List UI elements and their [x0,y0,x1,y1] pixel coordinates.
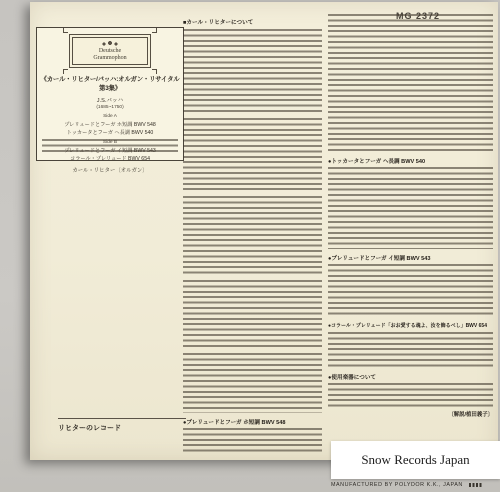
pressing-code-mark [469,483,483,487]
liner-notes-paragraph [328,14,493,154]
logo-brand-line2: Grammophon [93,55,126,62]
liner-notes-author-credit: 〔解説/植田義子〕 [328,410,493,418]
divider [58,418,186,419]
manufacturer-print-line: MANUFACTURED BY POLYDOR K.K., JAPAN [331,482,483,488]
corner-tick-icon [152,69,157,74]
column2-heading-3: ●コラール・プレリュード「おお愛する魂よ、汝を飾るべし」BWV 654 [328,322,487,329]
album-info-box: Deutsche Grammophon 《カール・リヒター/バッハ:オルガン・リ… [36,27,184,161]
deutsche-grammophon-logo: Deutsche Grammophon [69,34,151,68]
column2-heading-4: ●使用楽器について [328,373,376,381]
liner-notes-paragraph [183,118,322,192]
photo-backdrop: MG 2372 Deutsche Grammophon 《カール・リヒター/バッ… [0,0,500,492]
column1-heading: ■カール・リヒターについて [183,18,253,26]
liner-notes-paragraph [183,196,322,276]
shop-watermark-label: Snow Records Japan [361,452,469,468]
composer-name: J.S.バッハ [37,96,183,104]
album-title: 《カール・リヒター/バッハ:オルガン・リサイタル 第3集》 [37,74,183,92]
liner-notes-paragraph [328,332,493,369]
composer-dates: (1685~1750) [37,105,183,110]
dg-tulip-crest-icon [101,41,119,47]
corner-tick-icon [152,28,157,33]
recording-credits-text [42,139,178,155]
performer-credit: カール・リヒター〔オルガン〕 [37,166,183,174]
liner-notes-paragraph [183,29,322,114]
records-section-title: リヒターのレコード [58,423,121,433]
liner-notes-paragraph [328,264,493,318]
track-title: プレリュードとフーガ ホ短調 BWV 548 [37,121,183,128]
liner-notes-paragraph [328,383,493,407]
shop-watermark-box: Snow Records Japan [331,441,500,479]
column2-heading-1: ●トッカータとフーガ ヘ長調 BWV 540 [328,157,425,165]
track-title: トッカータとフーガ ヘ長調 BWV 540 [37,129,183,136]
side-a-label: Side A [37,114,183,119]
column1-subheading: ●プレリュードとフーガ ホ短調 BWV 548 [183,418,285,426]
track-title: コラール・プレリュード BWV 654 [37,155,183,162]
liner-notes-paragraph [183,428,322,454]
liner-notes-paragraph [183,280,322,349]
liner-notes-paragraph [328,167,493,249]
corner-tick-icon [63,69,68,74]
album-back-cover: MG 2372 Deutsche Grammophon 《カール・リヒター/バッ… [30,2,498,460]
column2-heading-2: ●プレリュードとフーガ イ短調 BWV 543 [328,254,430,262]
corner-tick-icon [63,28,68,33]
liner-notes-paragraph [183,353,322,413]
manufacturer-text: MANUFACTURED BY POLYDOR K.K., JAPAN [331,482,463,488]
